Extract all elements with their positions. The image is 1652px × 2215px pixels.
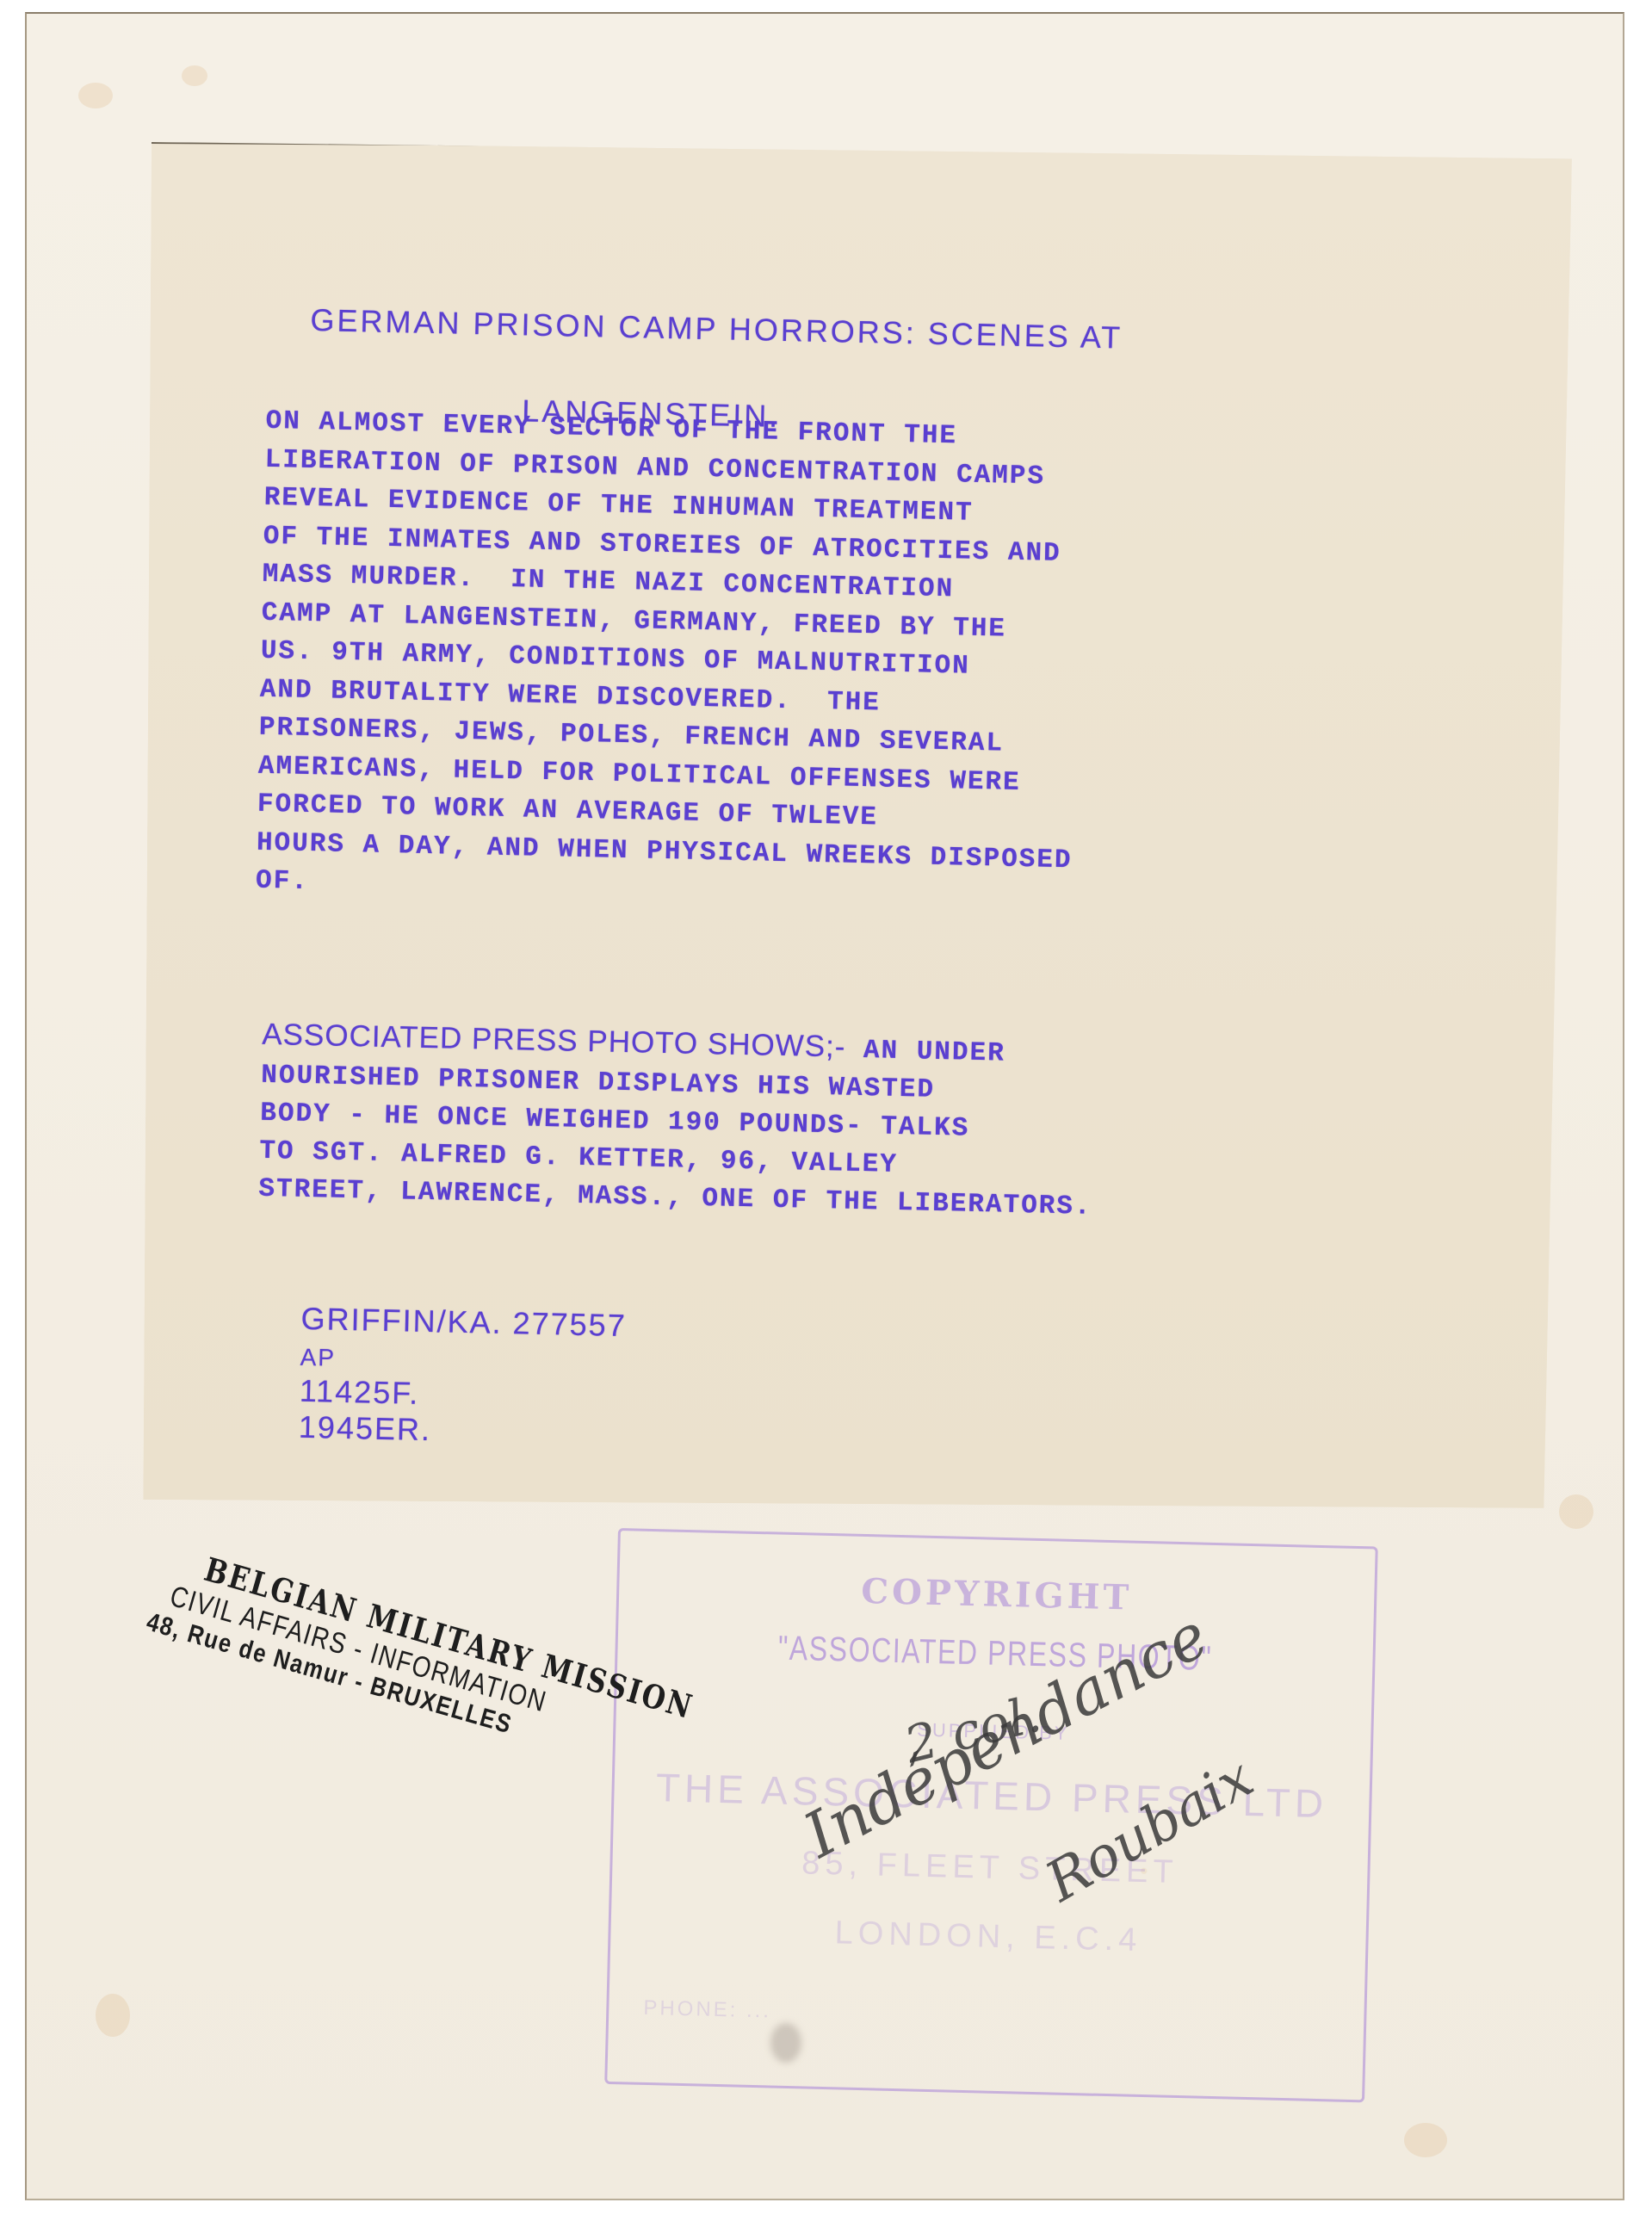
body-line: AND BRUTALITY WERE DISCOVERED. THE: [260, 674, 882, 718]
ap-line: NOURISHED PRISONER DISPLAYS HIS WASTED: [261, 1061, 935, 1105]
ap-line: AN UNDER: [845, 1036, 1005, 1069]
body-line: HOURS A DAY, AND WHEN PHYSICAL WREEKS DI…: [257, 827, 1073, 875]
body-line: PRISONERS, JEWS, POLES, FRENCH AND SEVER…: [259, 713, 1005, 759]
copyright-phone: PHONE: ...: [643, 1996, 771, 2024]
year-code: 1945ER.: [298, 1409, 431, 1447]
body-line: REVEAL EVIDENCE OF THE INHUMAN TREATMENT: [263, 483, 974, 529]
credit-code: GRIFFIN/KA. 277557: [300, 1301, 627, 1343]
ap-prefix: AP: [300, 1344, 336, 1371]
photo-description: ASSOCIATED PRESS PHOTO SHOWS;- AN UNDER …: [258, 1016, 1096, 1227]
caption-slip: GERMAN PRISON CAMP HORRORS: SCENES AT LA…: [143, 142, 1572, 1508]
body-line: OF.: [256, 866, 310, 897]
ap-line: STREET, LAWRENCE, MASS., ONE OF THE LIBE…: [258, 1174, 1092, 1222]
foxing-spot: [182, 65, 207, 86]
foxing-spot: [78, 83, 113, 108]
stain-mark: [770, 2023, 801, 2063]
headline-line-1: GERMAN PRISON CAMP HORRORS: SCENES AT: [310, 302, 1123, 356]
foxing-spot: [96, 1994, 130, 2037]
body-line: US. 9TH ARMY, CONDITIONS OF MALNUTRITION: [260, 636, 970, 682]
copyright-city: LONDON, E.C.4: [610, 1909, 1366, 1964]
copyright-street: 85, FLEET STREET: [612, 1841, 1368, 1896]
ap-number: 11425F.: [299, 1373, 419, 1411]
reference-line: GRIFFIN/KA. 277557 AP 11425F. 1945ER.: [257, 1264, 671, 1489]
ap-lead: ASSOCIATED PRESS PHOTO SHOWS;-: [262, 1018, 846, 1064]
ap-line: TO SGT. ALFRED G. KETTER, 96, VALLEY: [259, 1136, 898, 1180]
foxing-spot: [1404, 2123, 1447, 2157]
body-line: AMERICANS, HELD FOR POLITICAL OFFENSES W…: [258, 751, 1021, 797]
body-line: MASS MURDER. IN THE NAZI CONCENTRATION: [262, 560, 954, 605]
caption-body: ON ALMOST EVERY SECTOR OF THE FRONT THE …: [256, 403, 1082, 919]
body-line: CAMP AT LANGENSTEIN, GERMANY, FREED BY T…: [261, 597, 1006, 644]
copyright-stamp: COPYRIGHT "ASSOCIATED PRESS PHOTO" SUPPL…: [604, 1528, 1378, 2102]
foxing-spot: [1559, 1494, 1593, 1529]
copyright-title: COPYRIGHT: [619, 1565, 1375, 1624]
body-line: FORCED TO WORK AN AVERAGE OF TWLEVE: [257, 789, 879, 833]
ap-line: BODY - HE ONCE WEIGHED 190 POUNDS- TALKS: [260, 1098, 970, 1144]
